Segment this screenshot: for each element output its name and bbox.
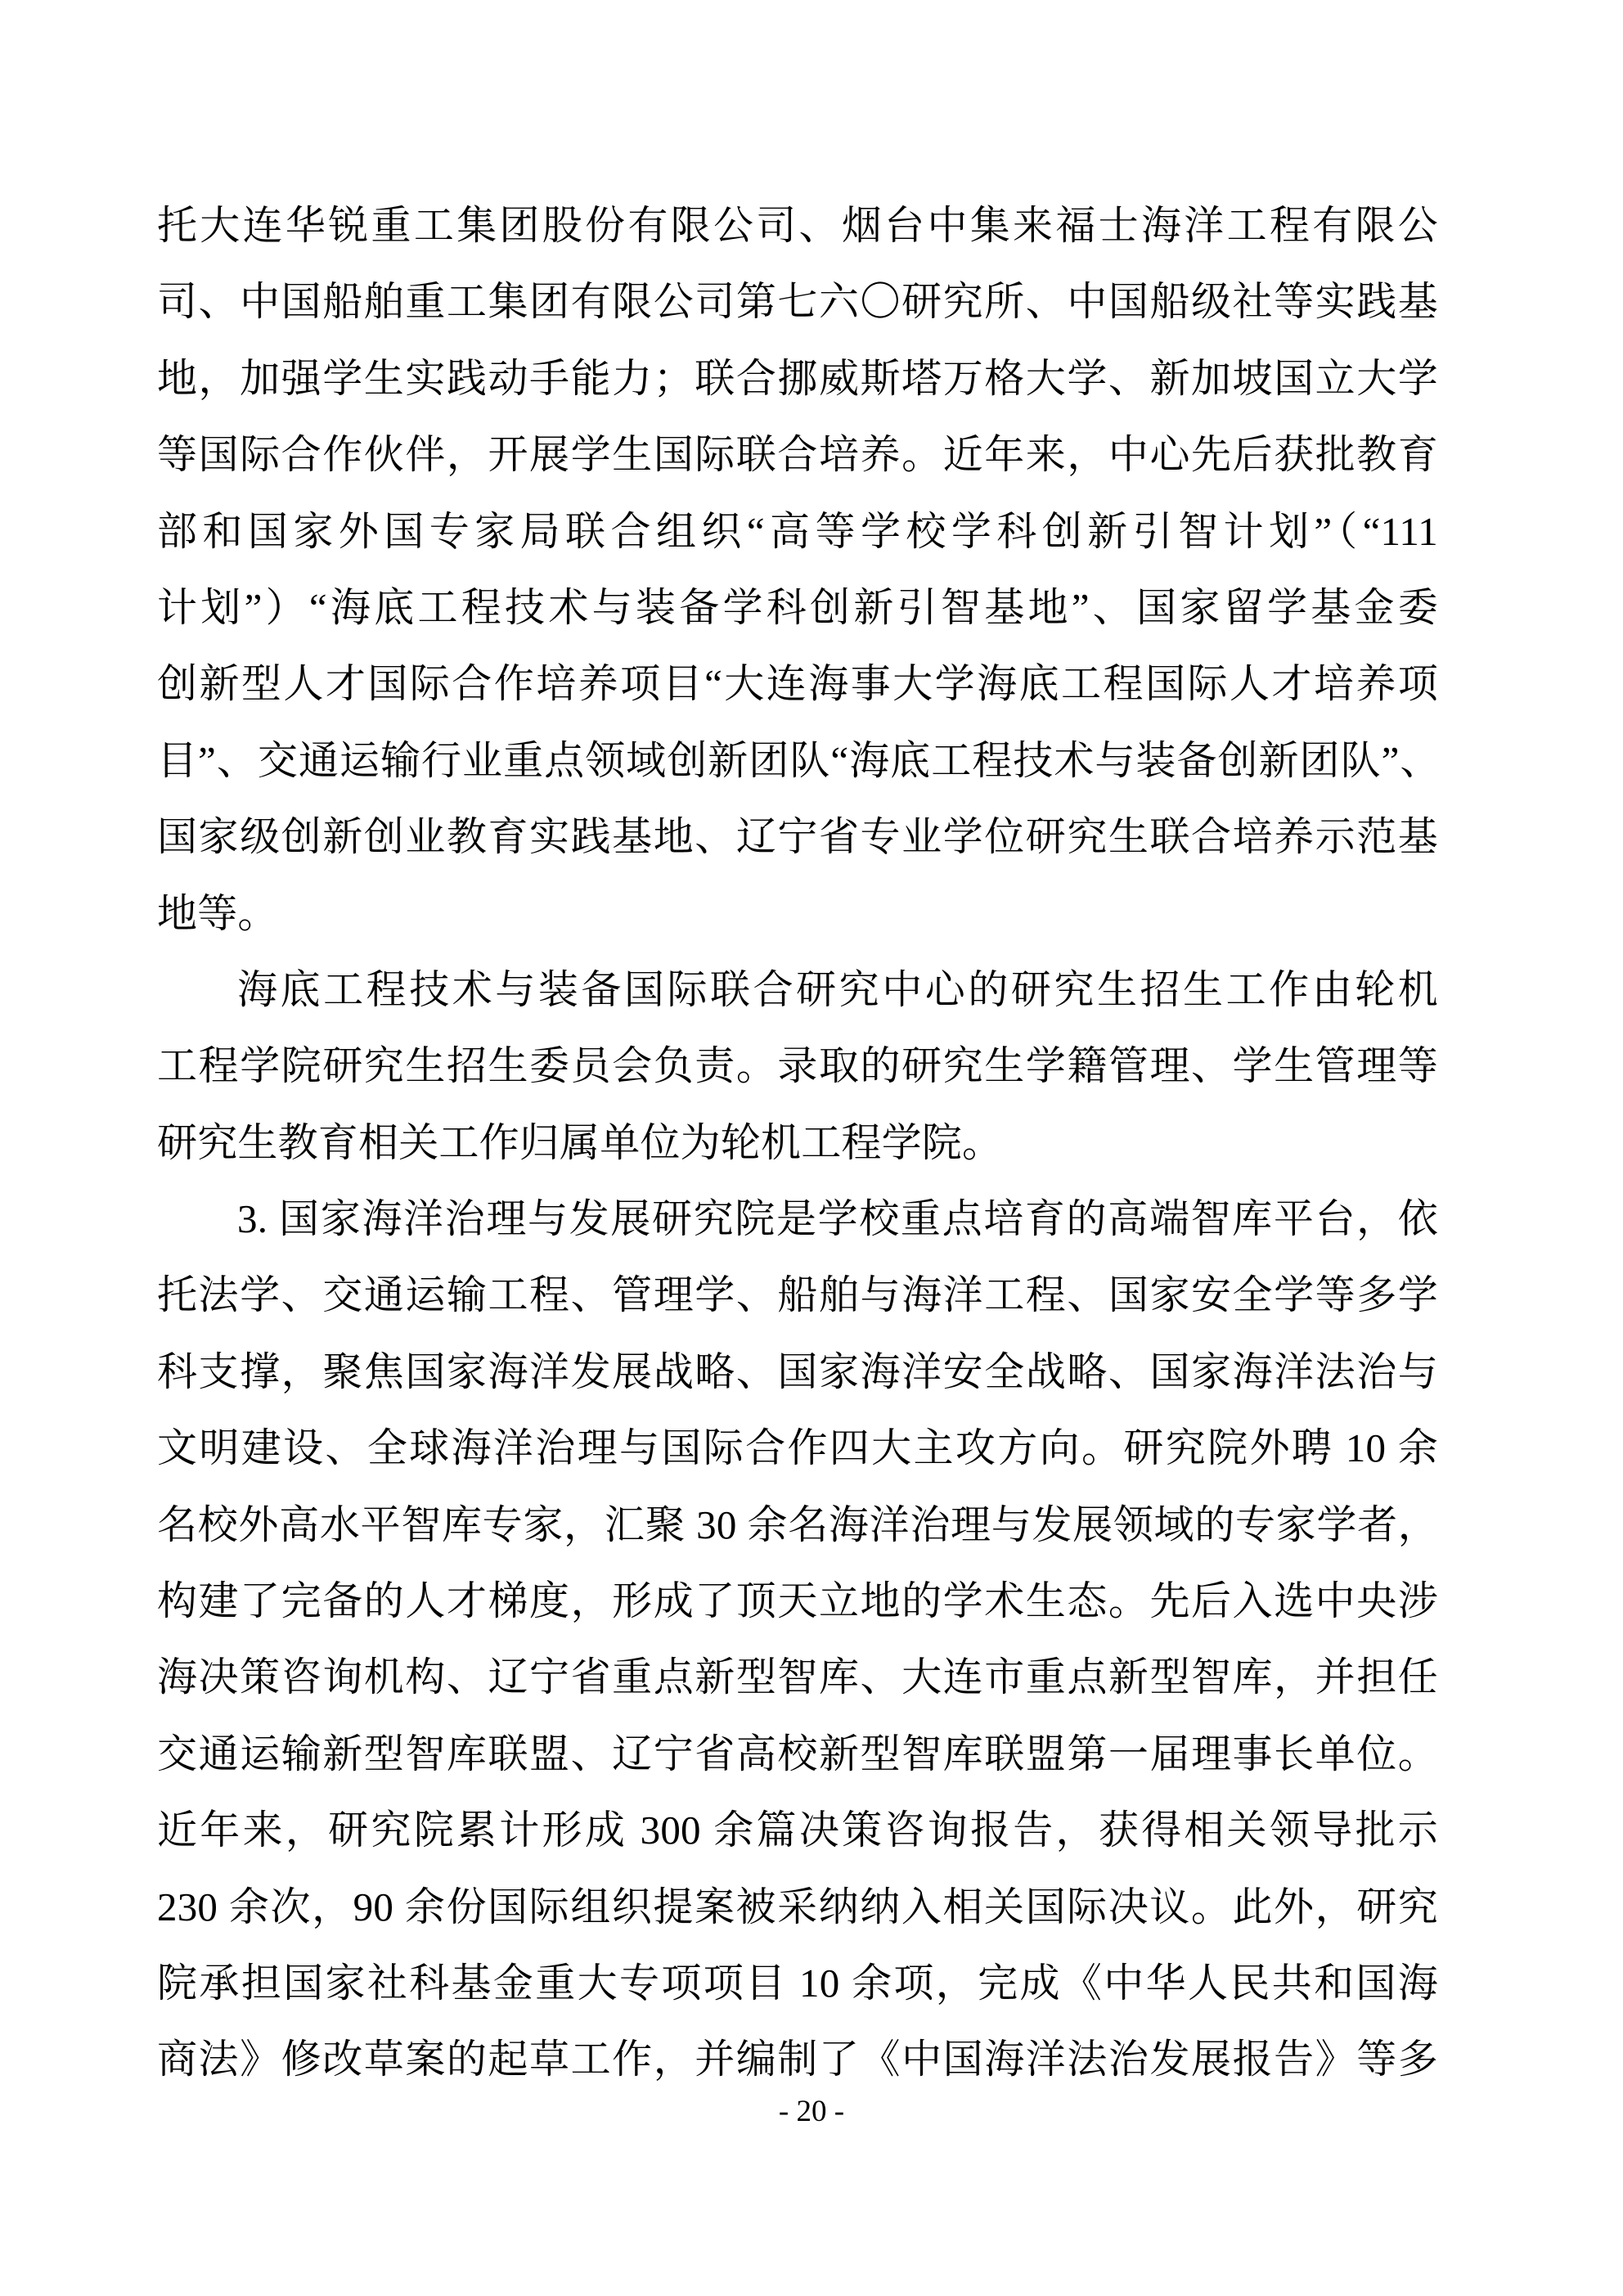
paragraph-3: 3. 国家海洋治理与发展研究院是学校重点培育的高端智库平台，依 托法学、交通运输… [157, 1181, 1438, 2098]
text-line: 科支撑，聚焦国家海洋发展战略、国家海洋安全战略、国家海洋法治与 [157, 1334, 1438, 1410]
page-number: - 20 - [0, 2091, 1623, 2132]
text-line: 名校外高水平智库专家，汇聚 30 余名海洋治理与发展领域的专家学者， [157, 1487, 1438, 1563]
document-page: 托大连华锐重工集团股份有限公司、烟台中集来福士海洋工程有限公 司、中国船舶重工集… [0, 0, 1623, 2296]
text-line: 部和国家外国专家局联合组织“高等学校学科创新引智计划”（“111 [157, 493, 1438, 569]
text-line: 交通运输新型智库联盟、辽宁省高校新型智库联盟第一届理事长单位。 [157, 1716, 1438, 1792]
text-line: 创新型人才国际合作培养项目“大连海事大学海底工程国际人才培养项 [157, 646, 1438, 722]
text-line: 3. 国家海洋治理与发展研究院是学校重点培育的高端智库平台，依 [157, 1181, 1438, 1257]
text-line: 院承担国家社科基金重大专项项目 10 余项，完成《中华人民共和国海 [157, 1945, 1438, 2021]
text-line: 托大连华锐重工集团股份有限公司、烟台中集来福士海洋工程有限公 [157, 187, 1438, 263]
paragraph-2: 海底工程技术与装备国际联合研究中心的研究生招生工作由轮机 工程学院研究生招生委员… [157, 952, 1438, 1181]
text-line: 国家级创新创业教育实践基地、辽宁省专业学位研究生联合培养示范基 [157, 799, 1438, 875]
text-line: 工程学院研究生招生委员会负责。录取的研究生学籍管理、学生管理等 [157, 1028, 1438, 1104]
text-line: 近年来，研究院累计形成 300 余篇决策咨询报告，获得相关领导批示 [157, 1792, 1438, 1868]
text-line: 计划”）“海底工程技术与装备学科创新引智基地”、国家留学基金委 [157, 569, 1438, 646]
text-line: 商法》修改草案的起草工作，并编制了《中国海洋法治发展报告》等多 [157, 2021, 1438, 2097]
text-line: 目”、交通运输行业重点领域创新团队“海底工程技术与装备创新团队”、 [157, 723, 1438, 799]
text-line: 海底工程技术与装备国际联合研究中心的研究生招生工作由轮机 [157, 952, 1438, 1028]
text-line: 司、中国船舶重工集团有限公司第七六〇研究所、中国船级社等实践基 [157, 263, 1438, 340]
text-line: 地等。 [157, 876, 1438, 952]
text-line: 托法学、交通运输工程、管理学、船舶与海洋工程、国家安全学等多学 [157, 1257, 1438, 1333]
text-line: 海决策咨询机构、辽宁省重点新型智库、大连市重点新型智库，并担任 [157, 1639, 1438, 1715]
text-line: 等国际合作伙伴，开展学生国际联合培养。近年来，中心先后获批教育 [157, 416, 1438, 493]
text-line: 230 余次，90 余份国际组织提案被采纳纳入相关国际决议。此外，研究 [157, 1869, 1438, 1945]
text-line: 研究生教育相关工作归属单位为轮机工程学院。 [157, 1105, 1438, 1181]
document-body: 托大连华锐重工集团股份有限公司、烟台中集来福士海洋工程有限公 司、中国船舶重工集… [157, 187, 1438, 2098]
text-line: 文明建设、全球海洋治理与国际合作四大主攻方向。研究院外聘 10 余 [157, 1410, 1438, 1486]
text-line: 地，加强学生实践动手能力；联合挪威斯塔万格大学、新加坡国立大学 [157, 340, 1438, 416]
text-line: 构建了完备的人才梯度，形成了顶天立地的学术生态。先后入选中央涉 [157, 1563, 1438, 1639]
paragraph-1: 托大连华锐重工集团股份有限公司、烟台中集来福士海洋工程有限公 司、中国船舶重工集… [157, 187, 1438, 952]
